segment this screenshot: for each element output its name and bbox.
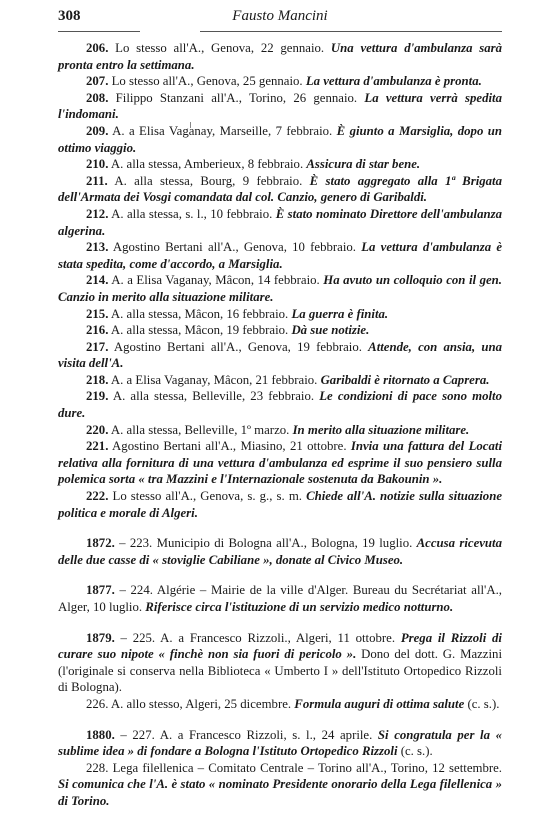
entry-226: 226. A. allo stesso, Algeri, 25 dicembre… xyxy=(58,696,502,713)
page-header: 308 Fausto Mancini xyxy=(58,4,502,30)
entry-212: 212. A. alla stessa, s. l., 10 febbraio.… xyxy=(58,206,502,239)
entry-209: 209. A. a Elisa Vaganay, Marseille, 7 fe… xyxy=(58,123,502,156)
entry-227: 1880. – 227. A. a Francesco Rizzoli, s. … xyxy=(58,727,502,760)
entry-211: 211. A. alla stessa, Bourg, 9 febbraio. … xyxy=(58,173,502,206)
spacer xyxy=(58,616,502,630)
entry-225: 1879. – 225. A. a Francesco Rizzoli., Al… xyxy=(58,630,502,696)
spacer xyxy=(58,713,502,727)
entry-223: 1872. – 223. Municipio di Bologna all'A.… xyxy=(58,535,502,568)
entry-210: 210. A. alla stessa, Amberieux, 8 febbra… xyxy=(58,156,502,173)
entry-215: 215. A. alla stessa, Mâcon, 16 febbraio.… xyxy=(58,306,502,323)
entry-219: 219. A. alla stessa, Belleville, 23 febb… xyxy=(58,388,502,421)
document-body: 206. Lo stesso all'A., Genova, 22 gennai… xyxy=(58,40,502,810)
entry-206: 206. Lo stesso all'A., Genova, 22 gennai… xyxy=(58,40,502,73)
entry-220: 220. A. alla stessa, Belleville, 1º marz… xyxy=(58,422,502,439)
entry-217: 217. Agostino Bertani all'A., Genova, 19… xyxy=(58,339,502,372)
entry-224: 1877. – 224. Algérie – Mairie de la vill… xyxy=(58,582,502,615)
entry-222: 222. Lo stesso all'A., Genova, s. g., s.… xyxy=(58,488,502,521)
year-heading: 1872. xyxy=(86,536,115,550)
header-rule-left xyxy=(58,31,140,32)
running-title: Fausto Mancini xyxy=(58,8,502,25)
year-heading: 1879. xyxy=(86,631,115,645)
year-heading: 1877. xyxy=(86,583,115,597)
entry-214: 214. A. a Elisa Vaganay, Mâcon, 14 febbr… xyxy=(58,272,502,305)
entry-221: 221. Agostino Bertani all'A., Miasino, 2… xyxy=(58,438,502,488)
year-heading: 1880. xyxy=(86,728,115,742)
entry-208: 208. Filippo Stanzani all'A., Torino, 26… xyxy=(58,90,502,123)
entry-213: 213. Agostino Bertani all'A., Genova, 10… xyxy=(58,239,502,272)
spacer xyxy=(58,568,502,582)
header-rule-right xyxy=(200,31,502,32)
entry-228: 228. Lega filellenica – Comitato Central… xyxy=(58,760,502,810)
spacer xyxy=(58,521,502,535)
entry-216: 216. A. alla stessa, Mâcon, 19 febbraio.… xyxy=(58,322,502,339)
entry-218: 218. A. a Elisa Vaganay, Mâcon, 21 febbr… xyxy=(58,372,502,389)
document-page: 308 Fausto Mancini 206. Lo stesso all'A.… xyxy=(0,0,550,831)
entry-207: 207. Lo stesso all'A., Genova, 25 gennai… xyxy=(58,73,502,90)
